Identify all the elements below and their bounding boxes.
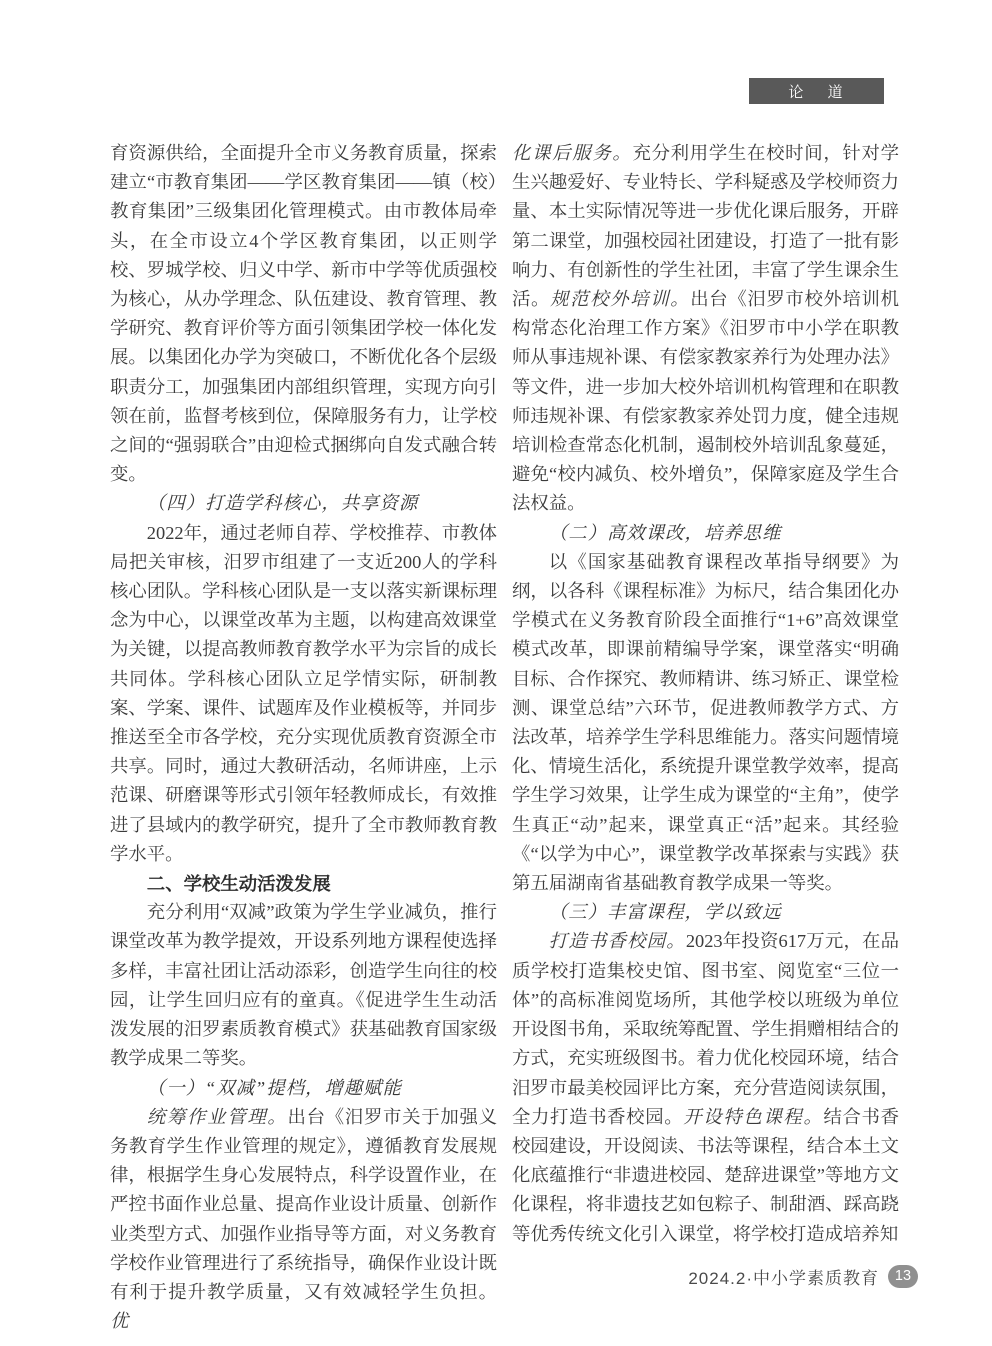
text-segment: 统筹作业管理。: [147, 1107, 288, 1127]
section-heading-kai: （三）丰富课程，学以致远: [512, 898, 899, 927]
paragraph: 打造书香校园。2023年投资617万元，在品质学校打造集校史馆、图书室、阅览室“…: [512, 927, 899, 1248]
text-segment: 出台《汨罗市关于加强义务教育学生作业管理的规定》，遵循教育发展规律，根据学生身心…: [110, 1107, 497, 1302]
text-segment: 2023年投资617万元，在品质学校打造集校史馆、图书室、阅览室“三位一体”的高…: [512, 931, 899, 1126]
paragraph: 育资源供给，全面提升全市义务教育质量，探索建立“市教育集团——学区教育集团——镇…: [110, 139, 497, 489]
text-segment: 结合书香校园建设，开设阅读、书法等课程，结合本土文化底蕴推行“非遗进校园、楚辞进…: [512, 1107, 899, 1244]
left-text-column: 育资源供给，全面提升全市义务教育质量，探索建立“市教育集团——学区教育集团——镇…: [110, 139, 497, 1336]
section-heading-kai: （二）高效课改，培养思维: [512, 519, 899, 548]
paragraph: 2022年，通过老师自荐、学校推荐、市教体局把关审核，汨罗市组建了一支近200人…: [110, 519, 497, 869]
text-segment: （四）打造学科核心，共享资源: [147, 493, 418, 513]
text-segment: 化课后服务。: [512, 143, 633, 163]
paragraph: 统筹作业管理。出台《汨罗市关于加强义务教育学生作业管理的规定》，遵循教育发展规律…: [110, 1103, 497, 1337]
section-heading-bold: 二、学校生动活泼发展: [110, 869, 497, 898]
text-segment: 二、学校生动活泼发展: [147, 873, 331, 894]
text-segment: （一）“双减”提档，增趣赋能: [147, 1078, 402, 1098]
text-segment: 打造书香校园。: [549, 931, 686, 951]
paragraph: 化课后服务。充分利用学生在校时间，针对学生兴趣爱好、专业特长、学科疑惑及学校师资…: [512, 139, 899, 519]
section-heading-kai: （四）打造学科核心，共享资源: [110, 489, 497, 518]
text-segment: （三）丰富课程，学以致远: [549, 902, 782, 922]
section-header-badge: 论 道: [749, 78, 884, 104]
document-page: 论 道 育资源供给，全面提升全市义务教育质量，探索建立“市教育集团——学区教育集…: [0, 0, 992, 1346]
paragraph: 以《国家基础教育课程改革指导纲要》为纲，以各科《课程标准》为标尺，结合集团化办学…: [512, 548, 899, 898]
text-segment: 育资源供给，全面提升全市义务教育质量，探索建立“市教育集团——学区教育集团——镇…: [110, 143, 497, 484]
text-segment: 充分利用“双减”政策为学生学业减负，推行课堂改革为教学提效，开设系列地方课程使选…: [110, 902, 497, 1068]
page-footer: 2024.2·中小学素质教育 13: [688, 1263, 918, 1289]
text-segment: 出台《汨罗市校外培训机构常态化治理工作方案》《汨罗市中小学在职教师从事违规补课、…: [512, 289, 899, 513]
section-header-label: 论 道: [788, 81, 844, 102]
text-segment: 开设特色课程。: [683, 1107, 823, 1127]
page-number-badge: 13: [888, 1265, 918, 1288]
text-segment: （二）高效课改，培养思维: [549, 523, 782, 543]
text-segment: 充分利用学生在校时间，针对学生兴趣爱好、专业特长、学科疑惑及学校师资力量、本土实…: [512, 143, 899, 309]
text-segment: 以《国家基础教育课程改革指导纲要》为纲，以各科《课程标准》为标尺，结合集团化办学…: [512, 552, 899, 893]
paragraph: 充分利用“双减”政策为学生学业减负，推行课堂改革为教学提效，开设系列地方课程使选…: [110, 898, 497, 1073]
text-segment: 规范校外培训。: [550, 289, 690, 309]
text-segment: 优: [110, 1311, 129, 1331]
text-segment: 2022年，通过老师自荐、学校推荐、市教体局把关审核，汨罗市组建了一支近200人…: [110, 523, 497, 864]
page-number: 13: [895, 1268, 911, 1284]
section-heading-kai: （一）“双减”提档，增趣赋能: [110, 1074, 497, 1103]
footer-issue-text: 2024.2·中小学素质教育: [688, 1264, 879, 1289]
right-text-column: 化课后服务。充分利用学生在校时间，针对学生兴趣爱好、专业特长、学科疑惑及学校师资…: [512, 139, 899, 1249]
